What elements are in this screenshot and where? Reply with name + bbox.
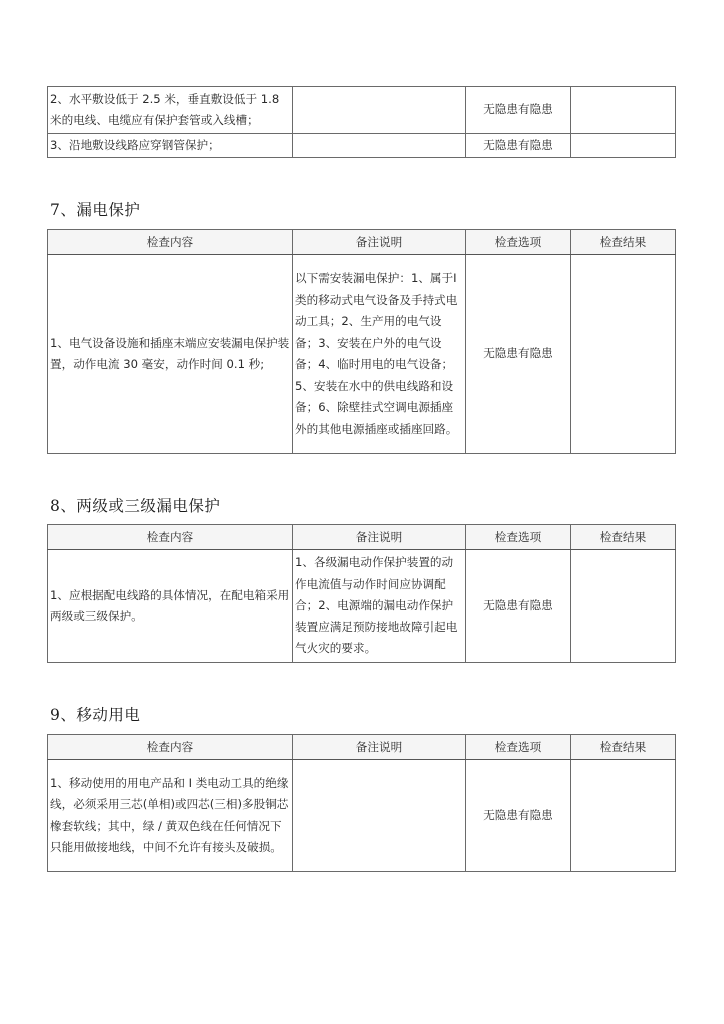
check-content-cell: 2、水平敷设低于 2.5 米，垂直敷设低于 1.8 米的电线、电缆应有保护套管或…	[48, 87, 293, 134]
leakage-protection-table: 检查内容 备注说明 检查选项 检查结果 1、电气设备设施和插座末端应安装漏电保护…	[47, 229, 676, 454]
check-option-cell[interactable]: 无隐患有隐患	[466, 255, 571, 454]
remarks-cell: 1、各级漏电动作保护装置的动作电流值与动作时间应协调配合；2、电源端的漏电动作保…	[293, 550, 466, 663]
table-row: 1、移动使用的用电产品和 I 类电动工具的绝缘线，必须采用三芯(单相)或四芯(三…	[48, 760, 676, 872]
header-check-option: 检查选项	[466, 230, 571, 255]
check-option-cell[interactable]: 无隐患有隐患	[466, 760, 571, 872]
remarks-cell	[293, 134, 466, 158]
table-header-row: 检查内容 备注说明 检查选项 检查结果	[48, 735, 676, 760]
check-content-cell: 1、应根据配电线路的具体情况，在配电箱采用两级或三级保护。	[48, 550, 293, 663]
mobile-power-table: 检查内容 备注说明 检查选项 检查结果 1、移动使用的用电产品和 I 类电动工具…	[47, 734, 676, 872]
header-remarks: 备注说明	[293, 230, 466, 255]
header-remarks: 备注说明	[293, 525, 466, 550]
table-row: 2、水平敷设低于 2.5 米，垂直敷设低于 1.8 米的电线、电缆应有保护套管或…	[48, 87, 676, 134]
document-page: 2、水平敷设低于 2.5 米，垂直敷设低于 1.8 米的电线、电缆应有保护套管或…	[0, 0, 724, 1024]
header-check-content: 检查内容	[48, 735, 293, 760]
table-row: 3、沿地敷设线路应穿钢管保护； 无隐患有隐患	[48, 134, 676, 158]
check-result-cell[interactable]	[571, 87, 676, 134]
check-result-cell[interactable]	[571, 760, 676, 872]
table-row: 1、电气设备设施和插座末端应安装漏电保护装置，动作电流 30 毫安，动作时间 0…	[48, 255, 676, 454]
table-row: 1、应根据配电线路的具体情况，在配电箱采用两级或三级保护。 1、各级漏电动作保护…	[48, 550, 676, 663]
check-option-cell[interactable]: 无隐患有隐患	[466, 134, 571, 158]
table-header-row: 检查内容 备注说明 检查选项 检查结果	[48, 525, 676, 550]
section-title-multi-level-leakage: 8、两级或三级漏电保护	[50, 494, 220, 516]
header-check-option: 检查选项	[466, 525, 571, 550]
header-check-result: 检查结果	[571, 735, 676, 760]
check-result-cell[interactable]	[571, 550, 676, 663]
section-title-mobile-power: 9、移动用电	[50, 703, 140, 725]
header-remarks: 备注说明	[293, 735, 466, 760]
remarks-cell: 以下需安装漏电保护：1、属于Ⅰ类的移动式电气设备及手持式电动工具；2、生产用的电…	[293, 255, 466, 454]
remarks-cell	[293, 760, 466, 872]
section-title-leakage-protection: 7、漏电保护	[50, 198, 140, 220]
header-check-result: 检查结果	[571, 525, 676, 550]
table-header-row: 检查内容 备注说明 检查选项 检查结果	[48, 230, 676, 255]
check-content-cell: 1、移动使用的用电产品和 I 类电动工具的绝缘线，必须采用三芯(单相)或四芯(三…	[48, 760, 293, 872]
header-check-option: 检查选项	[466, 735, 571, 760]
check-content-cell: 1、电气设备设施和插座末端应安装漏电保护装置，动作电流 30 毫安，动作时间 0…	[48, 255, 293, 454]
header-check-content: 检查内容	[48, 230, 293, 255]
header-check-result: 检查结果	[571, 230, 676, 255]
wiring-protection-table-continued: 2、水平敷设低于 2.5 米，垂直敷设低于 1.8 米的电线、电缆应有保护套管或…	[47, 86, 676, 158]
check-content-cell: 3、沿地敷设线路应穿钢管保护；	[48, 134, 293, 158]
check-option-cell[interactable]: 无隐患有隐患	[466, 87, 571, 134]
multi-level-leakage-table: 检查内容 备注说明 检查选项 检查结果 1、应根据配电线路的具体情况，在配电箱采…	[47, 524, 676, 663]
header-check-content: 检查内容	[48, 525, 293, 550]
check-result-cell[interactable]	[571, 134, 676, 158]
check-option-cell[interactable]: 无隐患有隐患	[466, 550, 571, 663]
remarks-cell	[293, 87, 466, 134]
check-result-cell[interactable]	[571, 255, 676, 454]
